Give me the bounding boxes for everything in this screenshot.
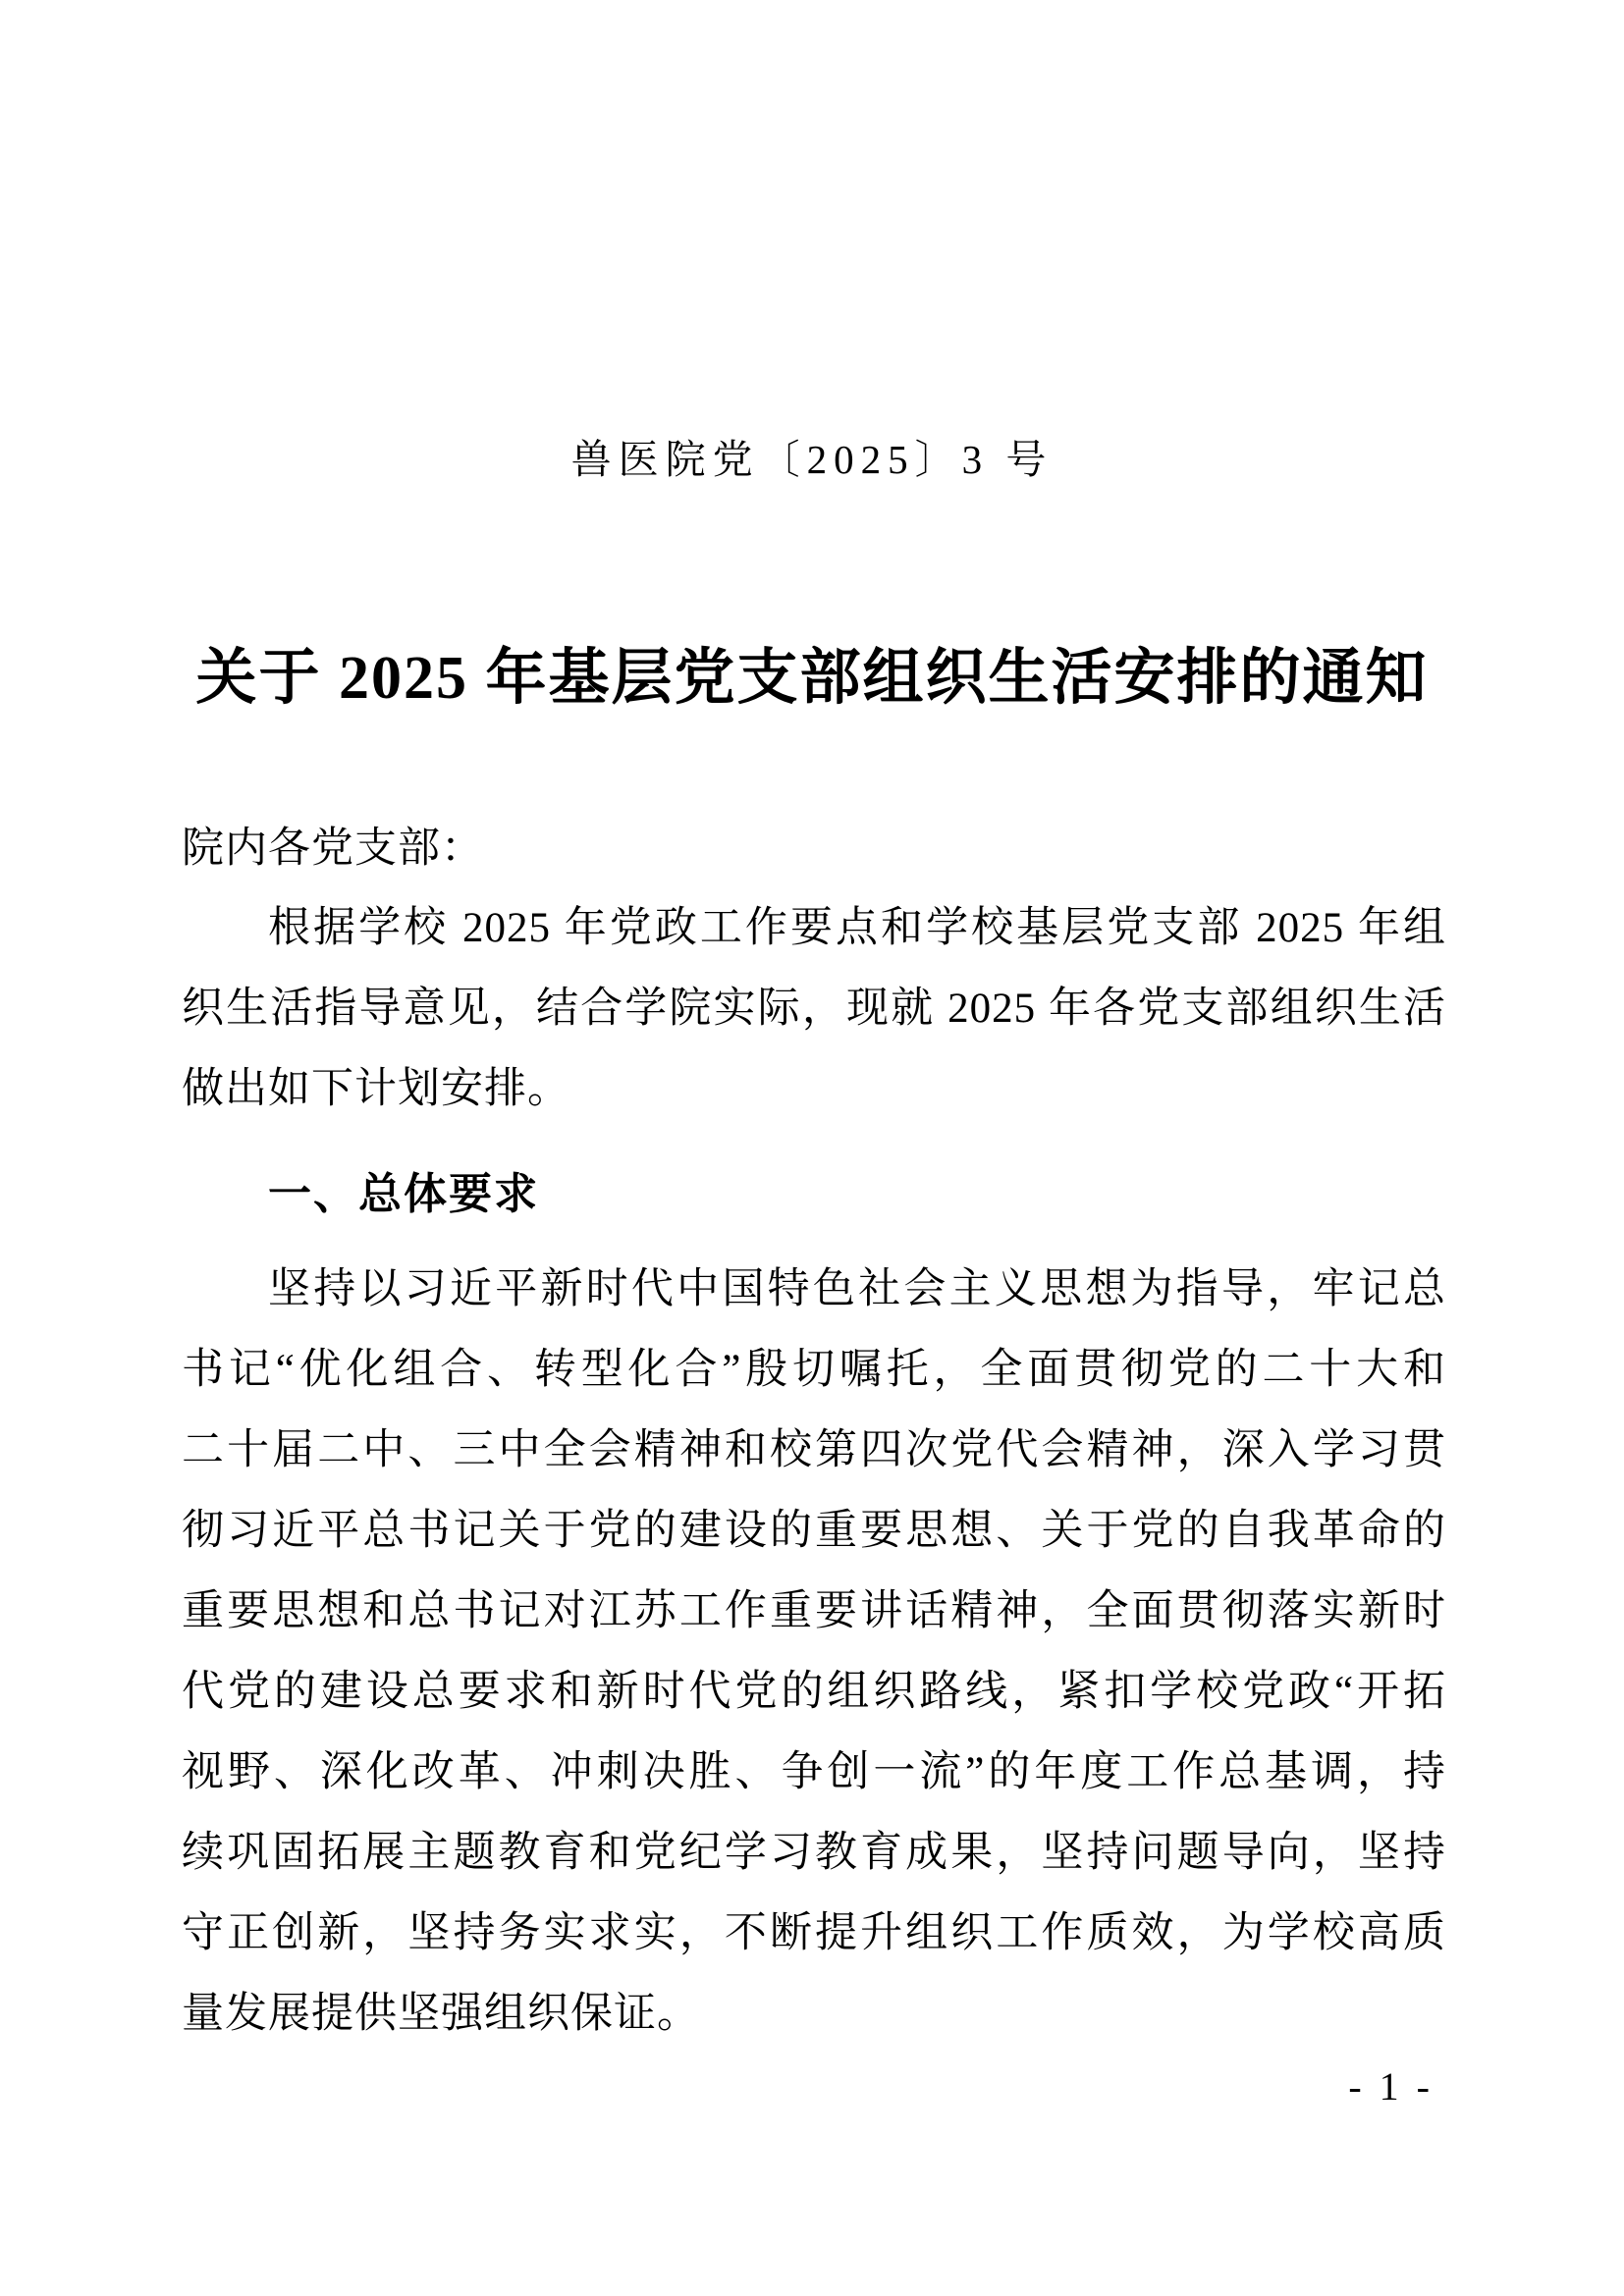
paragraph-body-line-2: 书记“优化组合、转型化合”殷切嘱托，全面贯彻党的二十大和	[182, 1330, 1446, 1411]
document-title: 关于 2025 年基层党支部组织生活安排的通知	[0, 633, 1624, 723]
paragraph-body-line-8: 续巩固拓展主题教育和党纪学习教育成果，坚持问题导向，坚持	[182, 1813, 1446, 1894]
document-number: 兽医院党〔2025〕3 号	[0, 430, 1624, 489]
document-page: 兽医院党〔2025〕3 号 关于 2025 年基层党支部组织生活安排的通知 院内…	[0, 0, 1624, 2296]
paragraph-overall-requirements: 坚持以习近平新时代中国特色社会主义思想为指导，牢记总 书记“优化组合、转型化合”…	[182, 1250, 1446, 2055]
paragraph-intro-line-2: 织生活指导意见，结合学院实际，现就 2025 年各党支部组织生活	[182, 969, 1446, 1049]
paragraph-intro: 根据学校 2025 年党政工作要点和学校基层党支部 2025 年组 织生活指导意…	[182, 888, 1446, 1130]
paragraph-body-line-10: 量发展提供坚强组织保证。	[182, 1974, 1446, 2055]
salutation: 院内各党支部：	[182, 809, 1446, 889]
paragraph-body-line-5: 重要思想和总书记对江苏工作重要讲话精神，全面贯彻落实新时	[182, 1572, 1446, 1652]
paragraph-body-line-9: 守正创新，坚持务实求实，不断提升组织工作质效，为学校高质	[182, 1894, 1446, 1974]
paragraph-body-line-1: 坚持以习近平新时代中国特色社会主义思想为指导，牢记总	[182, 1250, 1446, 1330]
paragraph-body-line-7: 视野、深化改革、冲刺决胜、争创一流”的年度工作总基调，持	[182, 1733, 1446, 1813]
paragraph-intro-line-1: 根据学校 2025 年党政工作要点和学校基层党支部 2025 年组	[182, 888, 1446, 969]
paragraph-body-line-6: 代党的建设总要求和新时代党的组织路线，紧扣学校党政“开拓	[182, 1652, 1446, 1733]
section-heading-overall-requirements: 一、总体要求	[182, 1154, 1446, 1235]
paragraph-body-line-4: 彻习近平总书记关于党的建设的重要思想、关于党的自我革命的	[182, 1491, 1446, 1572]
paragraph-intro-line-3: 做出如下计划安排。	[182, 1049, 1446, 1130]
page-number: - 1 -	[1348, 2059, 1434, 2114]
paragraph-body-line-3: 二十届二中、三中全会精神和校第四次党代会精神，深入学习贯	[182, 1411, 1446, 1491]
